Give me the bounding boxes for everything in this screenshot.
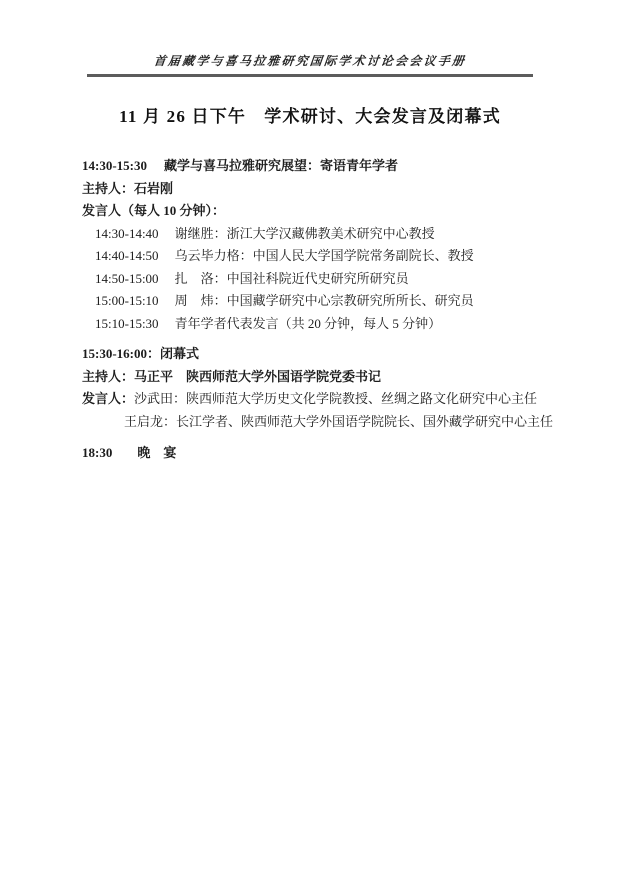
item-text: 周 炜：中国藏学研究中心宗教研究所所长、研究员 xyxy=(175,293,474,308)
header-rule xyxy=(87,74,533,77)
document-page: 首届藏学与喜马拉雅研究国际学术讨论会会议手册 11 月 26 日下午 学术研讨、… xyxy=(0,0,620,877)
session2-time: 15:30-16:00： xyxy=(82,343,160,366)
item-text: 扎 洛：中国社科院近代史研究所研究员 xyxy=(175,271,409,286)
schedule: 14:30-15:30藏学与喜马拉雅研究展望：寄语青年学者 主持人：石岩刚 发言… xyxy=(82,155,610,465)
session2-host: 主持人：马正平 陕西师范大学外国语学院党委书记 xyxy=(82,366,610,389)
page-title: 11 月 26 日下午 学术研讨、大会发言及闭幕式 xyxy=(0,102,620,127)
session3-title: 晚 宴 xyxy=(137,445,176,460)
item-time: 15:00-15:10 xyxy=(95,290,159,313)
session1-header: 14:30-15:30藏学与喜马拉雅研究展望：寄语青年学者 xyxy=(82,155,610,178)
schedule-item: 15:00-15:10周 炜：中国藏学研究中心宗教研究所所长、研究员 xyxy=(82,290,610,313)
item-time: 14:50-15:00 xyxy=(95,268,159,291)
item-text: 谢继胜：浙江大学汉藏佛教美术研究中心教授 xyxy=(175,226,435,241)
item-text: 乌云毕力格：中国人民大学国学院常务副院长、教授 xyxy=(175,248,474,263)
session2-header: 15:30-16:00：闭幕式 xyxy=(82,343,610,366)
schedule-item: 14:30-14:40谢继胜：浙江大学汉藏佛教美术研究中心教授 xyxy=(82,223,610,246)
item-time: 15:10-15:30 xyxy=(95,313,159,336)
item-text: 青年学者代表发言（共 20 分钟，每人 5 分钟） xyxy=(175,316,442,331)
schedule-item: 14:40-14:50乌云毕力格：中国人民大学国学院常务副院长、教授 xyxy=(82,245,610,268)
session3-header: 18:30晚 宴 xyxy=(82,442,610,465)
session1-time: 14:30-15:30 xyxy=(82,155,147,178)
session2-title: 闭幕式 xyxy=(160,346,199,361)
session2-speakers-label: 发言人： xyxy=(82,391,134,406)
schedule-item: 15:10-15:30青年学者代表发言（共 20 分钟，每人 5 分钟） xyxy=(82,313,610,336)
item-time: 14:40-14:50 xyxy=(95,245,159,268)
session2-speaker2: 王启龙：长江学者、陕西师范大学外国语学院院长、国外藏学研究中心主任 xyxy=(82,411,610,434)
session3-time: 18:30 xyxy=(82,442,112,465)
session1-title: 藏学与喜马拉雅研究展望：寄语青年学者 xyxy=(164,158,398,173)
session2-speaker-line: 发言人：沙武田：陕西师范大学历史文化学院教授、丝绸之路文化研究中心主任 xyxy=(82,388,610,411)
session1-host: 主持人：石岩刚 xyxy=(82,178,610,201)
session1-speakers-label: 发言人（每人 10 分钟）： xyxy=(82,200,610,223)
schedule-item: 14:50-15:00扎 洛：中国社科院近代史研究所研究员 xyxy=(82,268,610,291)
item-time: 14:30-14:40 xyxy=(95,223,159,246)
session2-speaker1: 沙武田：陕西师范大学历史文化学院教授、丝绸之路文化研究中心主任 xyxy=(134,391,537,406)
running-header: 首届藏学与喜马拉雅研究国际学术讨论会会议手册 xyxy=(0,52,620,69)
